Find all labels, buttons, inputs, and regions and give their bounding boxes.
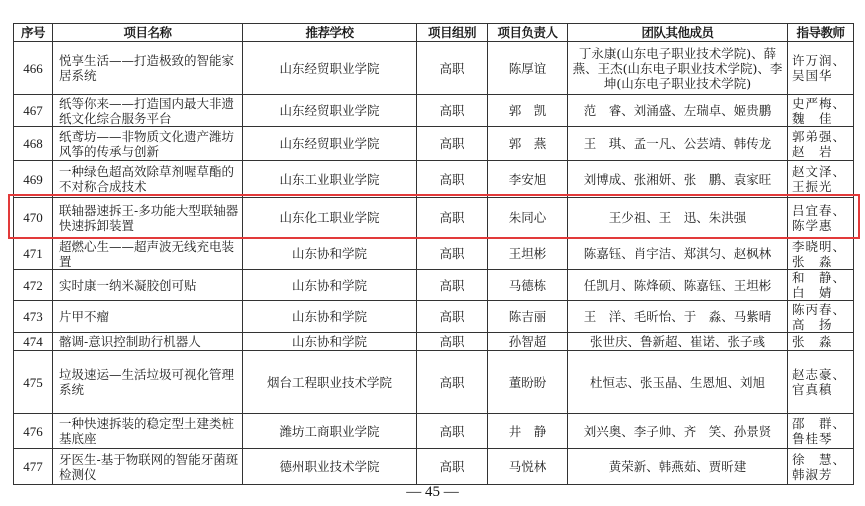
cell-group: 高职 [417, 198, 488, 238]
cell-members: 黄荣新、韩燕茹、贾昕建 [568, 449, 788, 485]
cell-school: 烟台工程职业技术学院 [243, 351, 417, 414]
cell-group: 高职 [417, 414, 488, 449]
table-header-row: 序号 项目名称 推荐学校 项目组别 项目负责人 团队其他成员 指导教师 [14, 24, 854, 42]
cell-teachers: 赵志豪、官真稹 [788, 351, 854, 414]
cell-group: 高职 [417, 238, 488, 270]
cell-school: 潍坊工商职业学院 [243, 414, 417, 449]
cell-members: 王少祖、王 迅、朱洪强 [568, 198, 788, 238]
cell-school: 山东工业职业学院 [243, 161, 417, 198]
cell-school: 山东化工职业学院 [243, 198, 417, 238]
cell-leader: 郭 燕 [488, 127, 568, 161]
cell-row-number: 471 [14, 238, 53, 270]
header-project-name: 项目名称 [53, 24, 243, 42]
cell-teachers: 吕宜春、陈学惠 [788, 198, 854, 238]
cell-teachers: 徐 慧、韩淑芳 [788, 449, 854, 485]
table-row: 470联轴器速拆王-多功能大型联轴器快速拆卸装置山东化工职业学院高职朱同心王少祖… [14, 198, 854, 238]
cell-leader: 陈厚谊 [488, 42, 568, 95]
cell-row-number: 475 [14, 351, 53, 414]
header-no: 序号 [14, 24, 53, 42]
cell-members: 杜恒志、张玉晶、生恩旭、刘旭 [568, 351, 788, 414]
cell-row-number: 470 [14, 198, 53, 238]
cell-row-number: 472 [14, 270, 53, 301]
cell-leader: 郭 凯 [488, 95, 568, 127]
cell-members: 张世庆、鲁新超、崔诺、张子彧 [568, 333, 788, 351]
table-row: 471超燃心生——超声波无线充电装置山东协和学院高职王坦彬陈嘉钰、肖宇洁、郑淇匀… [14, 238, 854, 270]
cell-leader: 马悦林 [488, 449, 568, 485]
cell-teachers: 邵 群、鲁桂琴 [788, 414, 854, 449]
cell-row-number: 466 [14, 42, 53, 95]
cell-leader: 马德栋 [488, 270, 568, 301]
cell-school: 山东协和学院 [243, 301, 417, 333]
cell-members: 王 琪、孟一凡、公芸靖、韩传龙 [568, 127, 788, 161]
cell-leader: 孙智超 [488, 333, 568, 351]
cell-teachers: 许万润、吴国华 [788, 42, 854, 95]
cell-project-name: 牙医生-基于物联网的智能牙菌斑检测仪 [53, 449, 243, 485]
table-row: 468纸鸢坊——非物质文化遗产潍坊风筝的传承与创新山东经贸职业学院高职郭 燕王 … [14, 127, 854, 161]
cell-group: 高职 [417, 351, 488, 414]
cell-members: 刘兴奥、李子帅、齐 笑、孙景贤 [568, 414, 788, 449]
cell-row-number: 476 [14, 414, 53, 449]
cell-school: 山东协和学院 [243, 238, 417, 270]
cell-group: 高职 [417, 301, 488, 333]
cell-teachers: 赵文泽、王振光 [788, 161, 854, 198]
cell-leader: 李安旭 [488, 161, 568, 198]
cell-row-number: 474 [14, 333, 53, 351]
cell-row-number: 467 [14, 95, 53, 127]
cell-members: 刘博成、张湘妍、张 鹏、袁家旺 [568, 161, 788, 198]
cell-members: 王 洋、毛昕怡、于 淼、马紫晴 [568, 301, 788, 333]
header-leader: 项目负责人 [488, 24, 568, 42]
table-row: 472实时康一纳米凝胶创可贴山东协和学院高职马德栋任凯月、陈烽硕、陈嘉钰、王坦彬… [14, 270, 854, 301]
cell-project-name: 纸等你来——打造国内最大非遗纸文化综合服务平台 [53, 95, 243, 127]
cell-members: 陈嘉钰、肖宇洁、郑淇匀、赵枫林 [568, 238, 788, 270]
cell-project-name: 纸鸢坊——非物质文化遗产潍坊风筝的传承与创新 [53, 127, 243, 161]
table-row: 474髂调-意识控制助行机器人山东协和学院高职孙智超张世庆、鲁新超、崔诺、张子彧… [14, 333, 854, 351]
table-row: 466悦享生活——打造极致的智能家居系统山东经贸职业学院高职陈厚谊丁永康(山东电… [14, 42, 854, 95]
cell-teachers: 李晓明、张 淼 [788, 238, 854, 270]
cell-group: 高职 [417, 333, 488, 351]
cell-row-number: 473 [14, 301, 53, 333]
cell-teachers: 和 静、白 婧 [788, 270, 854, 301]
cell-project-name: 一种绿色超高效除草剂喔草酯的不对称合成技术 [53, 161, 243, 198]
cell-project-name: 垃圾速运—生活垃圾可视化管理系统 [53, 351, 243, 414]
cell-group: 高职 [417, 42, 488, 95]
table-row: 477牙医生-基于物联网的智能牙菌斑检测仪德州职业技术学院高职马悦林黄荣新、韩燕… [14, 449, 854, 485]
cell-school: 德州职业技术学院 [243, 449, 417, 485]
cell-group: 高职 [417, 270, 488, 301]
cell-group: 高职 [417, 127, 488, 161]
cell-leader: 王坦彬 [488, 238, 568, 270]
table-row: 467纸等你来——打造国内最大非遗纸文化综合服务平台山东经贸职业学院高职郭 凯范… [14, 95, 854, 127]
cell-leader: 陈吉丽 [488, 301, 568, 333]
header-members: 团队其他成员 [568, 24, 788, 42]
cell-project-name: 一种快速拆装的稳定型土建类桩基底座 [53, 414, 243, 449]
cell-row-number: 468 [14, 127, 53, 161]
cell-group: 高职 [417, 449, 488, 485]
table-row: 475垃圾速运—生活垃圾可视化管理系统烟台工程职业技术学院高职董盼盼杜恒志、张玉… [14, 351, 854, 414]
cell-row-number: 469 [14, 161, 53, 198]
cell-school: 山东经贸职业学院 [243, 42, 417, 95]
cell-members: 任凯月、陈烽硕、陈嘉钰、王坦彬 [568, 270, 788, 301]
cell-row-number: 477 [14, 449, 53, 485]
cell-teachers: 郭弟强、赵 岩 [788, 127, 854, 161]
cell-school: 山东协和学院 [243, 333, 417, 351]
cell-group: 高职 [417, 161, 488, 198]
cell-school: 山东协和学院 [243, 270, 417, 301]
header-group: 项目组别 [417, 24, 488, 42]
header-school: 推荐学校 [243, 24, 417, 42]
cell-leader: 朱同心 [488, 198, 568, 238]
cell-project-name: 联轴器速拆王-多功能大型联轴器快速拆卸装置 [53, 198, 243, 238]
table-row: 476一种快速拆装的稳定型土建类桩基底座潍坊工商职业学院高职井 静刘兴奥、李子帅… [14, 414, 854, 449]
cell-school: 山东经贸职业学院 [243, 95, 417, 127]
cell-project-name: 髂调-意识控制助行机器人 [53, 333, 243, 351]
header-teachers: 指导教师 [788, 24, 854, 42]
cell-project-name: 悦享生活——打造极致的智能家居系统 [53, 42, 243, 95]
cell-teachers: 陈丙春、高 扬 [788, 301, 854, 333]
cell-members: 丁永康(山东电子职业技术学院)、薛燕、王杰(山东电子职业技术学院)、李坤(山东电… [568, 42, 788, 95]
cell-teachers: 张 淼 [788, 333, 854, 351]
cell-group: 高职 [417, 95, 488, 127]
project-table: 序号 项目名称 推荐学校 项目组别 项目负责人 团队其他成员 指导教师 466悦… [13, 23, 854, 485]
page-number: — 45 — [0, 484, 865, 501]
cell-teachers: 史严梅、魏 佳 [788, 95, 854, 127]
cell-project-name: 超燃心生——超声波无线充电装置 [53, 238, 243, 270]
cell-leader: 董盼盼 [488, 351, 568, 414]
cell-project-name: 实时康一纳米凝胶创可贴 [53, 270, 243, 301]
cell-leader: 井 静 [488, 414, 568, 449]
cell-members: 范 睿、刘涌盛、左瑞卓、姬贵鹏 [568, 95, 788, 127]
cell-project-name: 片甲不瘤 [53, 301, 243, 333]
cell-school: 山东经贸职业学院 [243, 127, 417, 161]
table-row: 473片甲不瘤山东协和学院高职陈吉丽王 洋、毛昕怡、于 淼、马紫晴陈丙春、高 扬 [14, 301, 854, 333]
table-row: 469一种绿色超高效除草剂喔草酯的不对称合成技术山东工业职业学院高职李安旭刘博成… [14, 161, 854, 198]
